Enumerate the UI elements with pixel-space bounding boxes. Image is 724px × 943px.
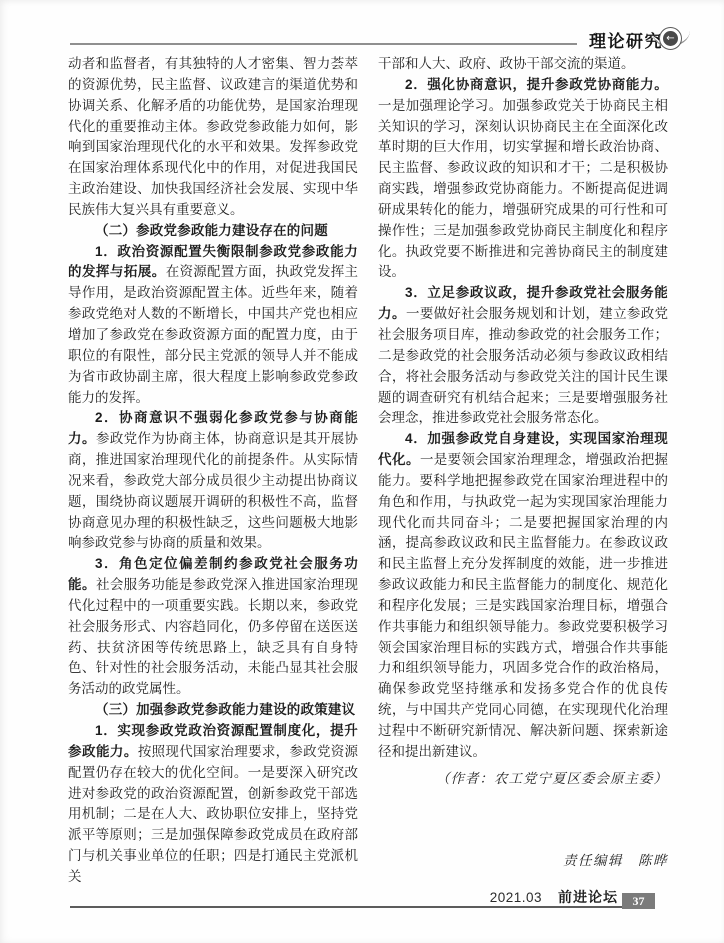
- paragraph-suggestion-4: 4．加强参政党自身建设，实现国家治理现代化。一是要领会国家治理理念，增强政治把握…: [378, 429, 668, 763]
- section-heading-3: （三）加强参政党参政能力建设的政策建议: [68, 700, 358, 721]
- paragraph-text: 在资源配置方面，执政党发挥主导作用，是政治资源配置主体。近些年来，随着参政党绝对…: [68, 264, 358, 404]
- left-column: 动者和监督者，有其独特的人才密集、智力荟萃的资源优势，民主监督、议政建言的渠道优…: [68, 54, 358, 874]
- issue-date: 2021.03: [490, 890, 542, 905]
- paragraph-suggestion-3: 3．立足参政议政，提升参政党社会服务能力。一要做好社会服务规划和计划，建立参政党…: [378, 283, 668, 429]
- paragraph-text: 一是要领会国家治理理念，增强政治把握能力。要科学地把握参政党在国家治理进程中的角…: [378, 452, 668, 759]
- paragraph-continuation: 干部和人大、政府、政协干部交流的渠道。: [378, 54, 668, 75]
- footer-rule: [70, 906, 622, 908]
- paragraph-text: 参政党作为协商主体，协商意识是其开展协商，推进国家治理现代化的前提条件。从实际情…: [68, 431, 358, 550]
- section-heading-2: （二）参政党参政能力建设存在的问题: [68, 221, 358, 242]
- paragraph-problem-1: 1．政治资源配置失衡限制参政党参政能力的发挥与拓展。在资源配置方面，执政党发挥主…: [68, 242, 358, 409]
- footer-journal-info: 2021.03 前进论坛: [70, 887, 618, 907]
- paragraph-continuation: 动者和监督者，有其独特的人才密集、智力荟萃的资源优势，民主监督、议政建言的渠道优…: [68, 54, 358, 221]
- article-body: 动者和监督者，有其独特的人才密集、智力荟萃的资源优势，民主监督、议政建言的渠道优…: [68, 54, 668, 874]
- paragraph-suggestion-1: 1．实现参政党政治资源配置制度化，提升参政能力。按照现代国家治理要求，参政党资源…: [68, 721, 358, 888]
- paragraph-lead-bold: 2．强化协商意识，提升参政党协商能力。: [405, 77, 668, 92]
- editor-note: 责任编辑 陈晔: [378, 851, 668, 872]
- journal-logo-icon: ←: [659, 27, 682, 50]
- journal-page: 理论研究 ← 动者和监督者，有其独特的人才密集、智力荟萃的资源优势，民主监督、议…: [0, 0, 724, 943]
- paragraph-text: 一要做好社会服务规划和计划，建立参政党社会服务项目库，推动参政党的社会服务工作；…: [378, 306, 668, 425]
- back-arrow-icon: ←: [663, 31, 678, 46]
- right-column: 干部和人大、政府、政协干部交流的渠道。 2．强化协商意识，提升参政党协商能力。一…: [378, 54, 668, 872]
- paragraph-text: 社会服务功能是参政党深入推进国家治理现代化过程中的一项重要实践。长期以来，参政党…: [68, 577, 358, 696]
- paragraph-problem-3: 3．角色定位偏差制约参政党社会服务功能。社会服务功能是参政党深入推进国家治理现代…: [68, 554, 358, 700]
- paragraph-text: 按照现代国家治理要求，参政党资源配置仍存在较大的优化空间。一是要深入研究改进对参…: [68, 744, 358, 884]
- paragraph-suggestion-2: 2．强化协商意识，提升参政党协商能力。一是加强理论学习。加强参政党关于协商民主相…: [378, 75, 668, 283]
- journal-name: 前进论坛: [558, 887, 618, 907]
- page-number-badge: 37: [622, 893, 655, 909]
- author-note: （作者：农工党宁夏区委会原主委）: [378, 769, 668, 790]
- header-rule: [70, 43, 577, 45]
- paragraph-text: 一是加强理论学习。加强参政党关于协商民主相关知识的学习，深刻认识协商民主在全面深…: [378, 98, 668, 280]
- paragraph-problem-2: 2．协商意识不强弱化参政党参与协商能力。参政党作为协商主体，协商意识是其开展协商…: [68, 408, 358, 554]
